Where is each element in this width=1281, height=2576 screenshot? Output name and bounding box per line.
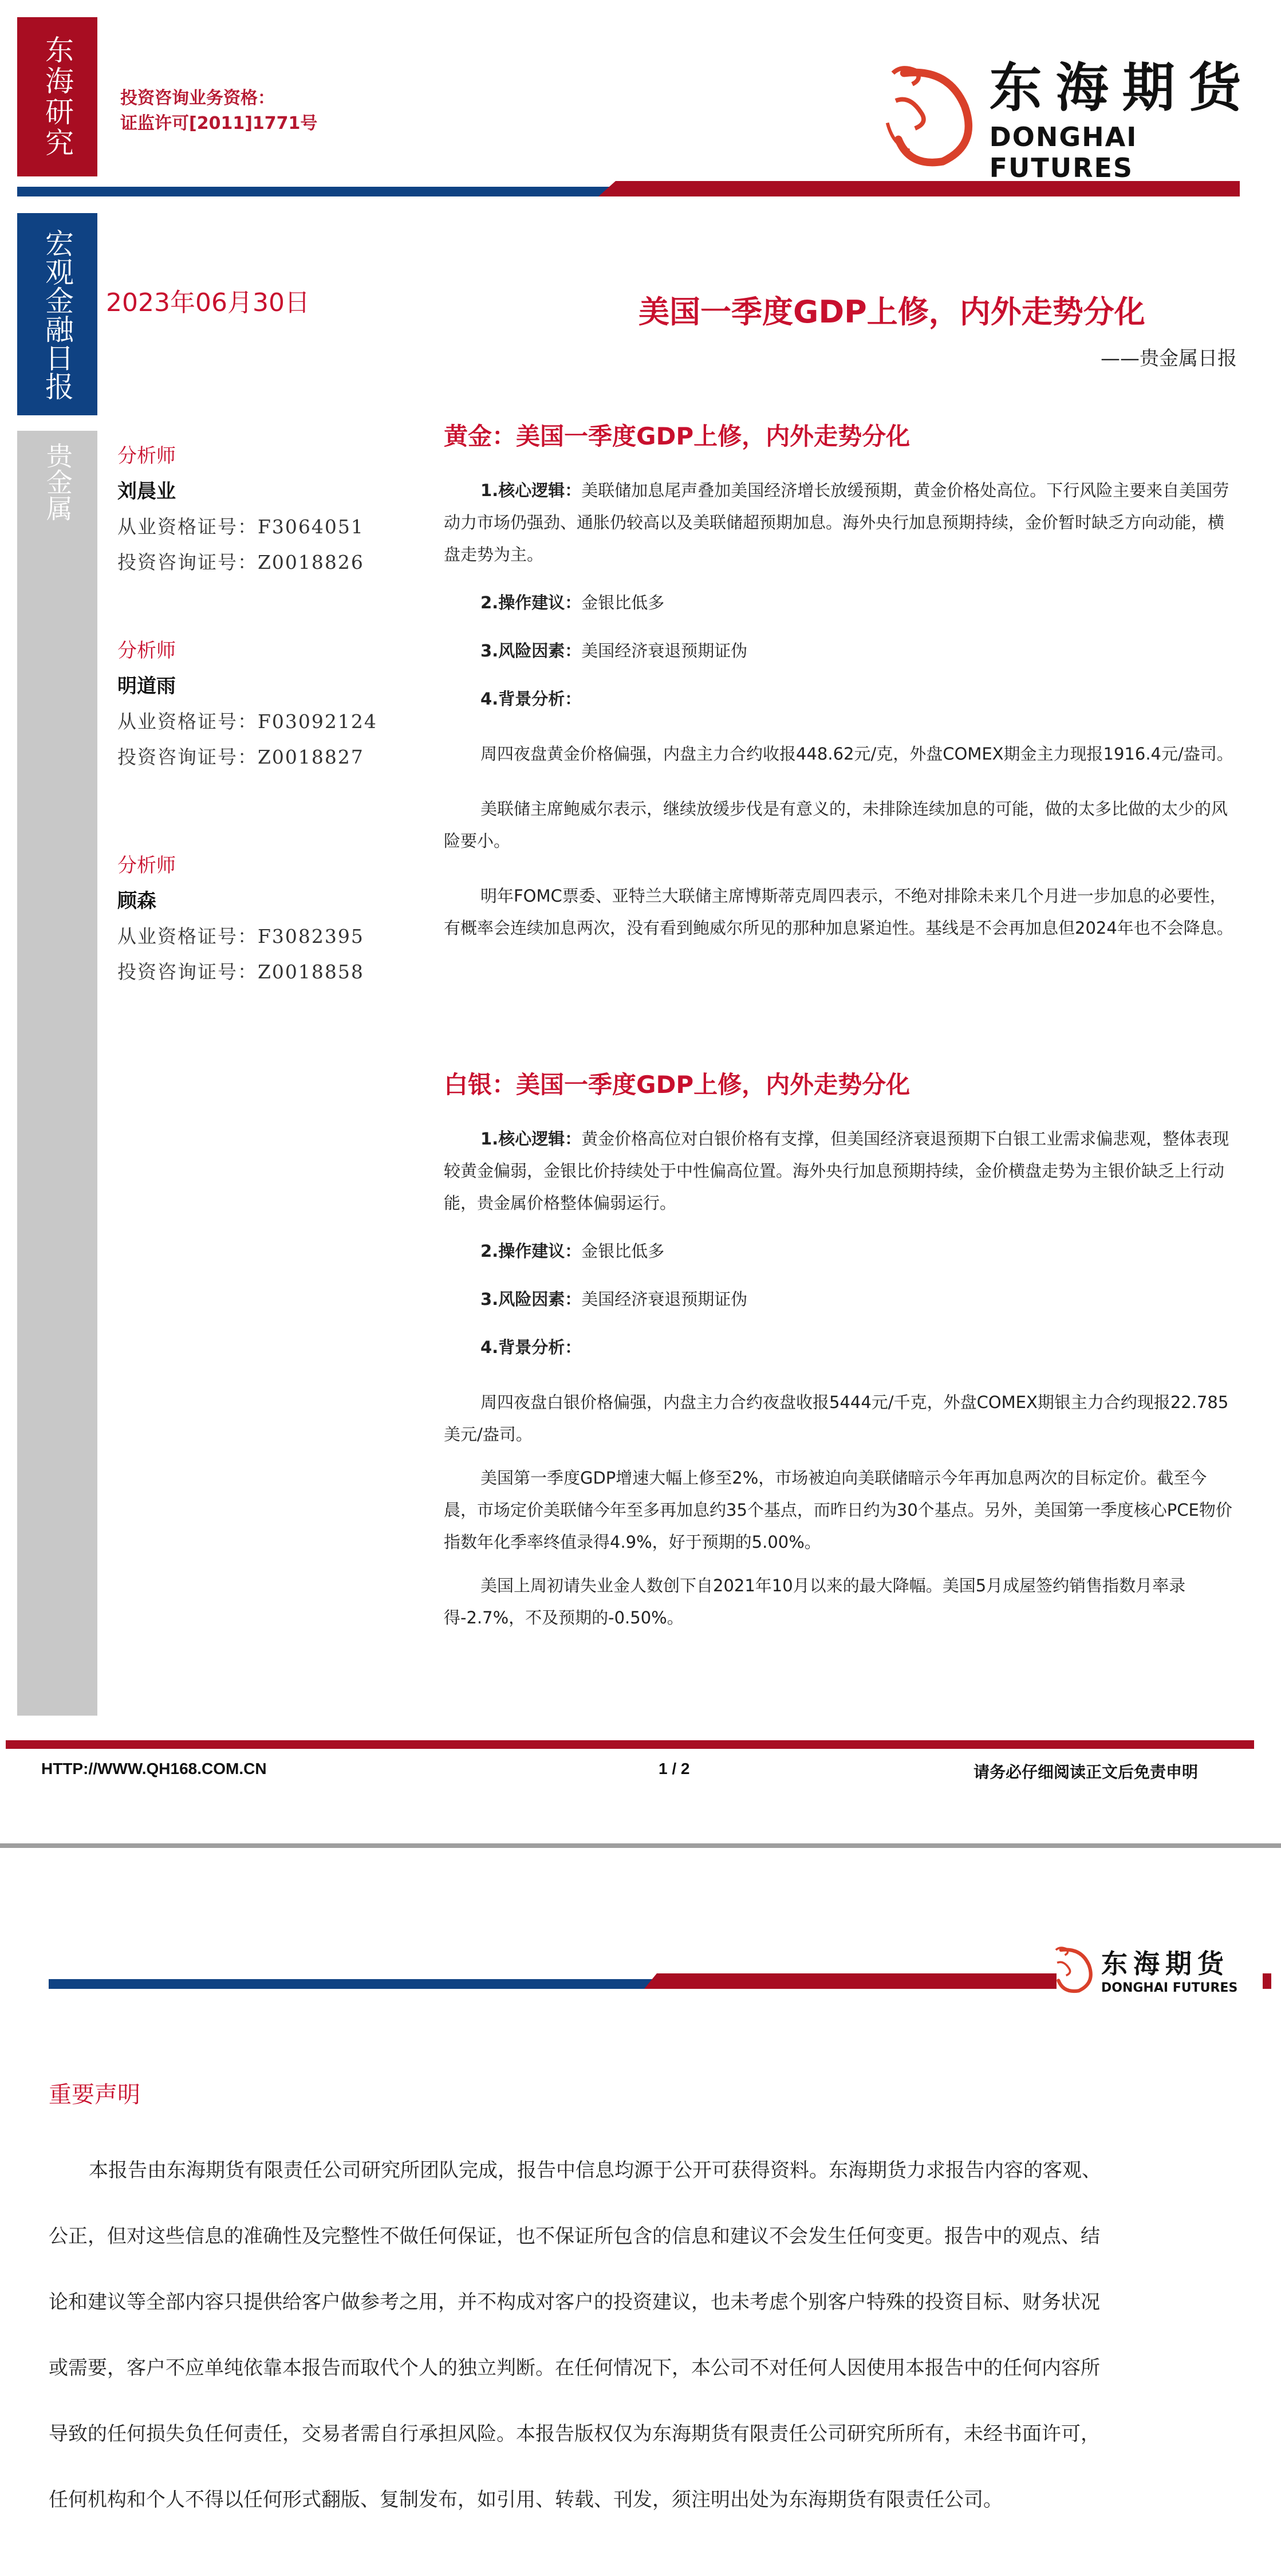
silver-core-logic: 1.核心逻辑：黄金价格高位对白银价格有支撑，但美国经济衰退预期下白银工业需求偏悲… bbox=[444, 1123, 1237, 1219]
silver-heading: 白银：美国一季度GDP上修，内外走势分化 bbox=[444, 1067, 1237, 1103]
disclaimer-line: 导致的任何损失负任何责任，交易者需自行承担风险。本报告版权仅为东海期货有限责任公… bbox=[49, 2401, 1240, 2467]
analyst-label: 分析师 bbox=[117, 438, 415, 474]
page2-header-bar-blue bbox=[49, 1979, 656, 1989]
company-logo: 东海期货 DONGHAI FUTURES bbox=[882, 46, 1281, 183]
analyst-card: 分析师 刘晨业 从业资格证号：F3064051 投资咨询证号：Z0018826 bbox=[117, 438, 415, 633]
analyst-name: 顾森 bbox=[117, 883, 415, 919]
logo-text: 东海期货 DONGHAI FUTURES bbox=[990, 46, 1281, 183]
brand-box: 东海研究 bbox=[17, 17, 97, 176]
category-box-label: 宏观金融日报 bbox=[42, 229, 73, 400]
gold-heading: 黄金：美国一季度GDP上修，内外走势分化 bbox=[444, 418, 1237, 455]
page2-header-bar-red-end bbox=[1263, 1973, 1271, 1989]
silver-background-paragraph: 周四夜盘白银价格偏强，内盘主力合约夜盘收报5444元/千克，外盘COMEX期银主… bbox=[444, 1386, 1237, 1450]
gold-background-paragraph: 明年FOMC票委、亚特兰大联储主席博斯蒂克周四表示，不绝对排除未来几个月进一步加… bbox=[444, 880, 1237, 944]
footer-notice: 请务必仔细阅读正文后免责申明 bbox=[973, 1760, 1198, 1783]
silver-operation: 2.操作建议：金银比低多 bbox=[444, 1235, 1237, 1267]
section-sidebar-label: 贵金属 bbox=[43, 442, 72, 521]
gold-section: 黄金：美国一季度GDP上修，内外走势分化 1.核心逻辑：美联储加息尾声叠加美国经… bbox=[444, 418, 1237, 944]
qualification-line1: 投资咨询业务资格： bbox=[120, 86, 317, 111]
report-subtitle: ——贵金属日报 bbox=[1101, 343, 1237, 371]
analyst-card: 分析师 明道雨 从业资格证号：F03092124 投资咨询证号：Z0018827 bbox=[117, 633, 415, 848]
qualification-line2: 证监许可[2011]1771号 bbox=[120, 111, 317, 136]
analyst-card: 分析师 顾森 从业资格证号：F3082395 投资咨询证号：Z0018858 bbox=[117, 848, 415, 990]
analyst-cert: 从业资格证号：F3064051 bbox=[117, 509, 415, 545]
analyst-name: 明道雨 bbox=[117, 668, 415, 704]
silver-background-label: 4.背景分析： bbox=[444, 1331, 1237, 1363]
silver-background-paragraph: 美国上周初请失业金人数创下自2021年10月以来的最大降幅。美国5月成屋签约销售… bbox=[444, 1570, 1237, 1634]
disclaimer-line: 公正，但对这些信息的准确性及完整性不做任何保证，也不保证所包含的信息和建议不会发… bbox=[49, 2204, 1240, 2270]
silver-section: 白银：美国一季度GDP上修，内外走势分化 1.核心逻辑：黄金价格高位对白银价格有… bbox=[444, 1067, 1237, 1634]
page-separator bbox=[0, 1843, 1281, 1848]
page2-logo-en: DONGHAI FUTURES bbox=[1101, 1981, 1237, 1995]
analyst-list: 分析师 刘晨业 从业资格证号：F3064051 投资咨询证号：Z0018826 … bbox=[117, 438, 415, 990]
dragon-logo-icon bbox=[1051, 1939, 1097, 1999]
silver-background-paragraph: 美国第一季度GDP增速大幅上修至2%，市场被迫向美联储暗示今年再加息两次的目标定… bbox=[444, 1462, 1237, 1558]
gold-background-paragraph: 美联储主席鲍威尔表示，继续放缓步伐是有意义的，未排除连续加息的可能，做的太多比做… bbox=[444, 793, 1237, 857]
disclaimer-body: 本报告由东海期货有限责任公司研究所团队完成，报告中信息均源于公开可获得资料。东海… bbox=[49, 2138, 1240, 2533]
report-title: 美国一季度GDP上修，内外走势分化 bbox=[638, 288, 1145, 332]
analyst-label: 分析师 bbox=[117, 848, 415, 883]
analyst-consult: 投资咨询证号：Z0018827 bbox=[117, 740, 415, 775]
analyst-cert: 从业资格证号：F3082395 bbox=[117, 919, 415, 954]
header-bar-red bbox=[598, 181, 1240, 196]
brand-box-label: 东海研究 bbox=[42, 35, 73, 159]
gold-core-logic: 1.核心逻辑：美联储加息尾声叠加美国经济增长放缓预期，黄金价格处高位。下行风险主… bbox=[444, 474, 1237, 571]
page2-company-logo: 东海期货 DONGHAI FUTURES bbox=[1051, 1939, 1237, 1999]
silver-risk: 3.风险因素：美国经济衰退预期证伪 bbox=[444, 1283, 1237, 1315]
section-sidebar: 贵金属 bbox=[17, 431, 97, 1716]
disclaimer-line: 论和建议等全部内容只提供给客户做参考之用，并不构成对客户的投资建议，也未考虑个别… bbox=[49, 2270, 1240, 2335]
disclaimer-line: 任何机构和个人不得以任何形式翻版、复制发布，如引用、转载、刊发，须注明出处为东海… bbox=[49, 2467, 1240, 2533]
footer-bar bbox=[6, 1740, 1254, 1749]
qualification: 投资咨询业务资格： 证监许可[2011]1771号 bbox=[120, 86, 317, 136]
header-bar-blue bbox=[17, 187, 613, 196]
logo-en: DONGHAI FUTURES bbox=[990, 121, 1281, 183]
analyst-consult: 投资咨询证号：Z0018858 bbox=[117, 954, 415, 990]
analyst-name: 刘晨业 bbox=[117, 474, 415, 509]
report-date: 2023年06月30日 bbox=[106, 282, 310, 318]
gold-background-label: 4.背景分析： bbox=[444, 683, 1237, 715]
analyst-consult: 投资咨询证号：Z0018826 bbox=[117, 545, 415, 580]
dragon-logo-icon bbox=[882, 60, 982, 169]
page2-logo-text: 东海期货 DONGHAI FUTURES bbox=[1101, 1943, 1237, 1995]
analyst-label: 分析师 bbox=[117, 633, 415, 668]
disclaimer-line: 本报告由东海期货有限责任公司研究所团队完成，报告中信息均源于公开可获得资料。东海… bbox=[49, 2138, 1240, 2204]
gold-background-paragraph: 周四夜盘黄金价格偏强，内盘主力合约收报448.62元/克，外盘COMEX期金主力… bbox=[444, 738, 1237, 770]
gold-operation: 2.操作建议：金银比低多 bbox=[444, 587, 1237, 619]
gold-risk: 3.风险因素：美国经济衰退预期证伪 bbox=[444, 635, 1237, 667]
page2-logo-cn: 东海期货 bbox=[1101, 1943, 1237, 1981]
footer-website-link[interactable]: HTTP://WWW.QH168.COM.CN bbox=[41, 1760, 267, 1778]
analyst-cert: 从业资格证号：F03092124 bbox=[117, 704, 415, 740]
footer-page-number: 1 / 2 bbox=[659, 1760, 689, 1778]
category-box: 宏观金融日报 bbox=[17, 213, 97, 415]
disclaimer-line: 或需要，客户不应单纯依靠本报告而取代个人的独立判断。在任何情况下，本公司不对任何… bbox=[49, 2335, 1240, 2401]
logo-cn: 东海期货 bbox=[990, 46, 1281, 121]
page2-header-bar-red bbox=[644, 1973, 1057, 1989]
disclaimer-title: 重要声明 bbox=[49, 2076, 140, 2109]
